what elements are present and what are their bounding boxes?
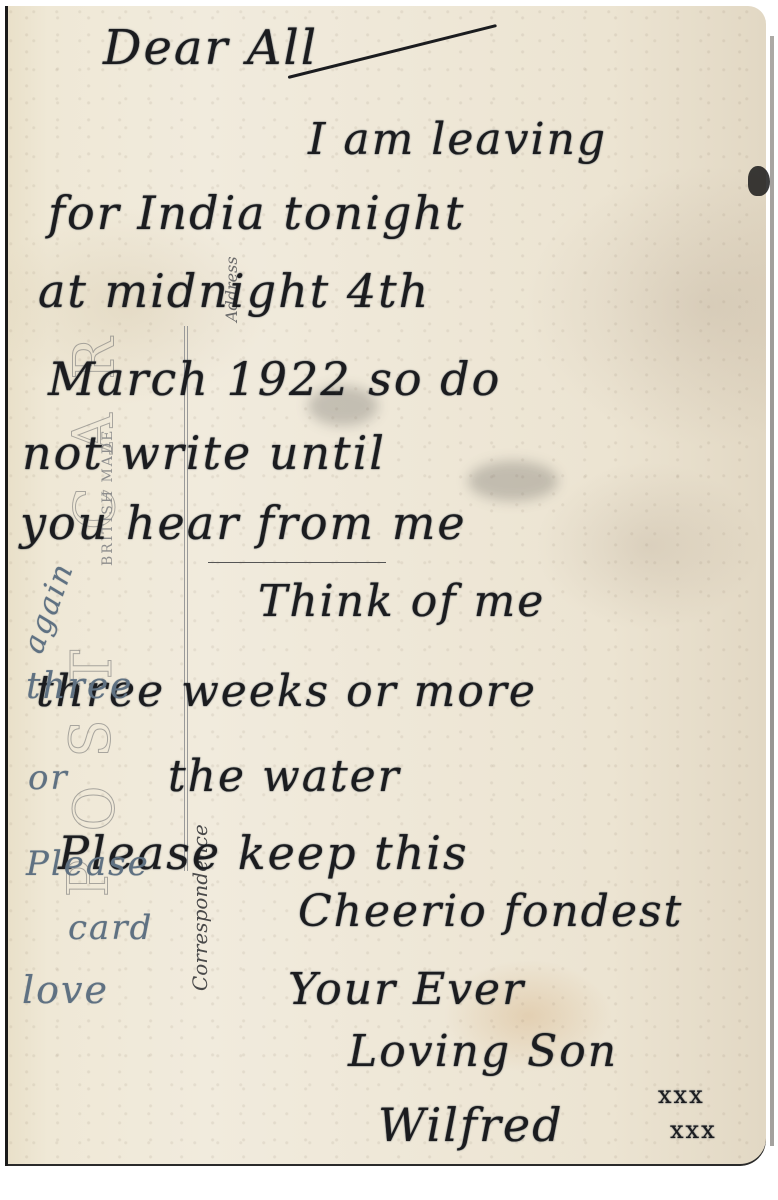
printed-letter-o: O <box>62 786 127 832</box>
kisses: xxx <box>658 1081 705 1109</box>
signature: Wilfred <box>378 1098 564 1152</box>
letter-line: the water <box>168 751 401 802</box>
ink-blot <box>748 166 770 196</box>
salutation: Dear All <box>103 20 318 76</box>
letter-line: I am leaving <box>308 114 607 165</box>
margin-note: again <box>16 558 81 658</box>
salutation-underline <box>288 24 497 79</box>
letter-line: at midnight 4th <box>38 264 430 318</box>
letter-line: not write until <box>22 426 386 480</box>
margin-note: love <box>22 968 109 1012</box>
letter-line: Think of me <box>258 576 545 627</box>
ink-smudge <box>468 461 558 501</box>
letter-line: for India tonight <box>48 186 465 240</box>
margin-note: Please <box>26 844 150 884</box>
letter-line: you hear from me <box>20 496 467 550</box>
letter-line: Loving Son <box>348 1026 618 1077</box>
printed-letter-s: S <box>59 719 124 757</box>
margin-note: three <box>26 666 133 707</box>
letter-line: Cheerio fondest <box>298 886 683 937</box>
margin-note: card <box>68 908 153 948</box>
letter-line: Your Ever <box>288 964 525 1015</box>
card-edge-shadow <box>770 36 774 1146</box>
postcard-back: P O S T C A R BRITISH MADE Correspondenc… <box>8 6 766 1166</box>
margin-note: or <box>28 758 69 798</box>
printed-address-rule <box>208 562 386 563</box>
letter-line: March 1922 so do <box>48 352 501 406</box>
kisses: xxx <box>670 1116 717 1144</box>
